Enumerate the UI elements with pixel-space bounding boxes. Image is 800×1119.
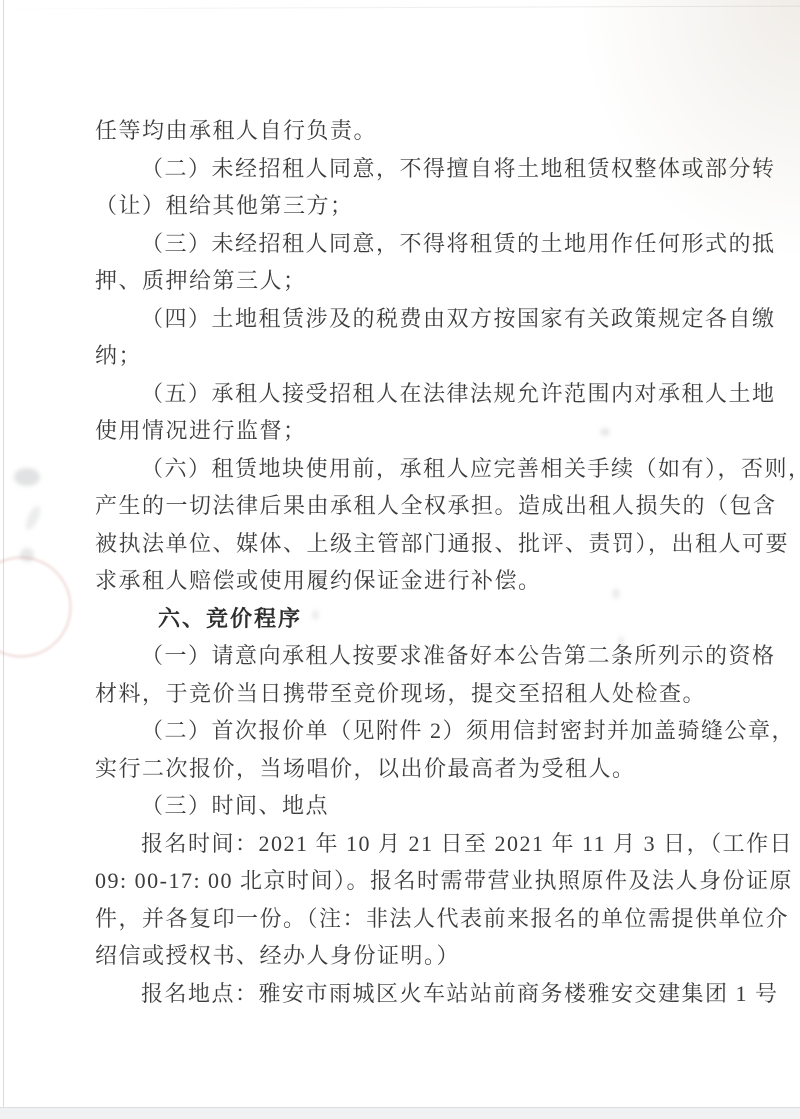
scan-smudge bbox=[23, 504, 43, 532]
text-line: （三）未经招租人同意，不得将租赁的土地用作任何形式的抵 bbox=[95, 225, 755, 263]
document-body: 任等均由承租人自行负责。 （二）未经招租人同意，不得擅自将土地租赁权整体或部分转… bbox=[95, 112, 755, 1012]
text-line: 纳； bbox=[95, 337, 755, 375]
text-line: 件，并各复印一份。（注：非法人代表前来报名的单位需提供单位介 bbox=[95, 900, 755, 938]
text-line: 报名时间：2021 年 10 月 21 日至 2021 年 11 月 3 日，（… bbox=[95, 825, 755, 863]
text-line: （六）租赁地块使用前，承租人应完善相关手续（如有），否则， bbox=[95, 450, 755, 488]
text-line: 被执法单位、媒体、上级主管部门通报、批评、责罚），出租人可要 bbox=[95, 525, 755, 563]
text-line: （三）时间、地点 bbox=[95, 787, 755, 825]
text-line: 押、质押给第三人； bbox=[95, 262, 755, 300]
text-line: 求承租人赔偿或使用履约保证金进行补偿。 bbox=[95, 562, 755, 600]
text-line: 产生的一切法律后果由承租人全权承担。造成出租人损失的（包含 bbox=[95, 487, 755, 525]
text-line: （四）土地租赁涉及的税费由双方按国家有关政策规定各自缴 bbox=[95, 300, 755, 338]
text-line: （让）租给其他第三方； bbox=[95, 187, 755, 225]
scan-smudge bbox=[14, 468, 40, 486]
text-line: 报名地点：雅安市雨城区火车站站前商务楼雅安交建集团 1 号 bbox=[95, 975, 755, 1013]
page-top-edge bbox=[0, 6, 800, 10]
text-line: （二）首次报价单（见附件 2）须用信封密封并加盖骑缝公章， bbox=[95, 712, 755, 750]
text-line: 材料，于竞价当日携带至竞价现场，提交至招租人处检查。 bbox=[95, 675, 755, 713]
text-line: 09: 00-17: 00 北京时间）。报名时需带营业执照原件及法人身份证原 bbox=[95, 862, 755, 900]
page-bottom-edge bbox=[0, 1107, 800, 1119]
faint-stamp-mark bbox=[0, 556, 72, 658]
scan-smudge bbox=[20, 548, 34, 562]
section-heading: 六、竞价程序 bbox=[95, 600, 755, 638]
text-line: （五）承租人接受招租人在法律法规允许范围内对承租人土地 bbox=[95, 375, 755, 413]
document-page: 任等均由承租人自行负责。 （二）未经招租人同意，不得擅自将土地租赁权整体或部分转… bbox=[0, 0, 800, 1119]
text-line: 使用情况进行监督； bbox=[95, 412, 755, 450]
text-line: 任等均由承租人自行负责。 bbox=[95, 112, 755, 150]
text-line: （一）请意向承租人按要求准备好本公告第二条所列示的资格 bbox=[95, 637, 755, 675]
text-line: 绍信或授权书、经办人身份证明。） bbox=[95, 937, 755, 975]
text-line: 实行二次报价，当场唱价，以出价最高者为受租人。 bbox=[95, 750, 755, 788]
text-line: （二）未经招租人同意，不得擅自将土地租赁权整体或部分转 bbox=[95, 150, 755, 188]
page-left-edge-line bbox=[3, 0, 4, 1108]
